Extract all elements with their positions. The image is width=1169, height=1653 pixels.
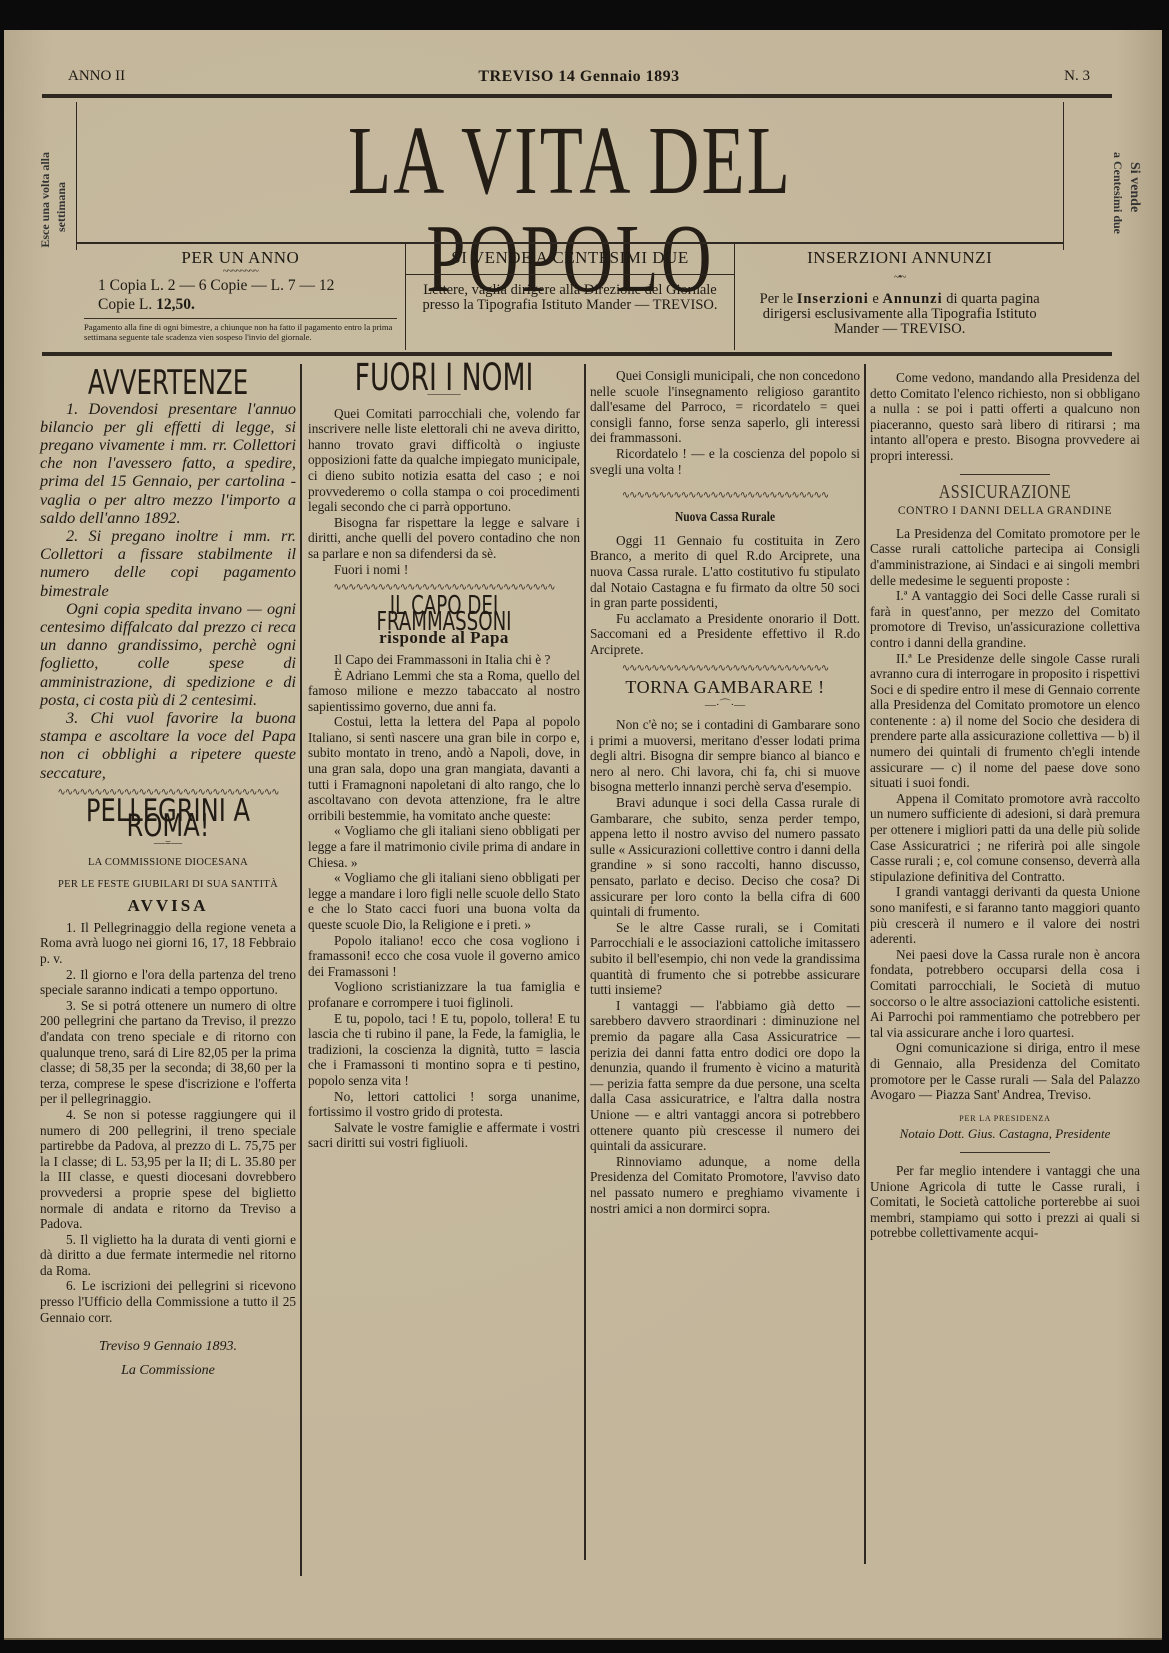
- column-1: AVVERTENZE 1. Dovendosi presentare l'ann…: [40, 370, 296, 1386]
- dateline: ANNO II TREVISO 14 Gennaio 1893 N. 3: [68, 68, 1090, 88]
- paragraph: 2. Si pregano inoltre i mm. rr. Colletto…: [40, 527, 296, 600]
- side-note-right: Si vende a Centesimi due: [1104, 122, 1148, 322]
- side-note-right-line1: Si vende: [1126, 162, 1142, 212]
- sale-body: Lettere, vaglia dirigere alla Direzione …: [414, 283, 727, 313]
- paragraph: I.ª A vantaggio dei Soci delle Casse rur…: [870, 588, 1140, 650]
- subscription-box: PER UN ANNO ~~~~~~~~ 1 Copia L. 2 — 6 Co…: [76, 244, 405, 350]
- torna-heading: TORNA GAMBARARE !: [590, 680, 860, 696]
- signature: La Commissione: [40, 1363, 296, 1379]
- paragraph: La Presidenza del Comitato promotore per…: [870, 526, 1140, 588]
- paragraph: Quei Comitati parrocchiali che, volendo …: [308, 406, 580, 515]
- capo-body: Il Capo dei Frammassoni in Italia chi è …: [308, 652, 580, 1151]
- side-note-left-line2: settimana: [54, 182, 69, 232]
- paragraph: II.ª Le Presidenze delle singole Casse r…: [870, 651, 1140, 791]
- ornament: ~~~~~~~~: [84, 268, 397, 276]
- column-2: FUORI I NOMI ——— Quei Comitati parrocchi…: [308, 370, 580, 1151]
- column-rule: [300, 364, 302, 1576]
- avvertenze-heading: AVVERTENZE: [76, 376, 260, 392]
- ornament: ~•~: [743, 274, 1056, 282]
- paragraph: Non c'è no; se i contadini di Gambarare …: [590, 717, 860, 795]
- column-4: Come vedono, mandando alla Presidenza de…: [870, 370, 1140, 1241]
- list-item: 3. Se si potrá ottenere un numero di olt…: [40, 998, 296, 1107]
- list-item: 1. Il Pellegrinaggio della regione venet…: [40, 920, 296, 967]
- paragraph: Vogliono scristianizzare la tua famiglia…: [308, 979, 580, 1010]
- assicurazione-body: La Presidenza del Comitato promotore per…: [870, 526, 1140, 1103]
- issue-number: N. 3: [1064, 68, 1090, 85]
- come-body: Come vedono, mandando alla Presidenza de…: [870, 370, 1140, 464]
- paragraph: Ricordatelo ! — e la coscienza del popol…: [590, 446, 860, 477]
- nuova-cassa-heading: Nuova Cassa Rurale: [610, 509, 840, 525]
- paragraph: E tu, popolo, taci ! E tu, popolo, tolle…: [308, 1011, 580, 1089]
- subscription-heading: PER UN ANNO: [84, 248, 397, 268]
- newspaper-page: ANNO II TREVISO 14 Gennaio 1893 N. 3 Esc…: [4, 30, 1162, 1640]
- payment-note: Pagamento alla fine di ogni bimestre, a …: [84, 318, 397, 342]
- paragraph: Popolo italiano! ecco che cosa vogliono …: [308, 933, 580, 980]
- place-date: Treviso 9 Gennaio 1893.: [40, 1339, 296, 1355]
- side-note-left: Esce una volta alla settimana: [34, 122, 78, 322]
- paragraph: I vantaggi — l'abbiamo già detto — sareb…: [590, 998, 860, 1154]
- paragraph: No, lettori cattolici ! sorga unanime, f…: [308, 1089, 580, 1120]
- masthead-bottom-rule: [42, 352, 1112, 356]
- paragraph: Il Capo dei Frammassoni in Italia chi è …: [308, 652, 580, 668]
- paragraph: Salvate le vostre famiglie e affermate i…: [308, 1120, 580, 1151]
- signatory: Notaio Dott. Gius. Castagna, Presidente: [870, 1126, 1140, 1142]
- column-rule: [864, 364, 866, 1564]
- masthead: LA VITA DEL POPOLO: [76, 102, 1064, 250]
- assicurazione-subheading: CONTRO I DANNI DELLA GRANDINE: [870, 504, 1140, 520]
- paragraph: Ogni comunicazione si diriga, entro il m…: [870, 1040, 1140, 1102]
- list-item: 6. Le iscrizioni dei pellegrini si ricev…: [40, 1278, 296, 1325]
- paragraph: Per far meglio intendere i vantaggi che …: [870, 1163, 1140, 1241]
- paragraph: Quei Consigli municipali, che non conced…: [590, 368, 860, 446]
- paragraph: Rinnoviamo adunque, a nome della Preside…: [590, 1154, 860, 1216]
- price-line: Copie L. 12,50.: [98, 295, 397, 314]
- top-rule: [42, 94, 1112, 98]
- pellegrini-body: 1. Il Pellegrinaggio della regione venet…: [40, 920, 296, 1325]
- paragraph: Nei paesi dove la Cassa rurale non è anc…: [870, 947, 1140, 1041]
- per-la-presidenza: PER LA PRESIDENZA: [870, 1111, 1140, 1127]
- price-line: 1 Copia L. 2 — 6 Copie — L. 7 — 12: [98, 276, 397, 295]
- list-item: 5. Il viglietto ha la durata di venti gi…: [40, 1232, 296, 1279]
- paragraph: Bravi adunque i soci della Cassa rurale …: [590, 795, 860, 920]
- side-note-left-line1: Esce una volta alla: [38, 152, 53, 248]
- wavy-divider: ∿∿∿∿∿∿∿∿∿∿∿∿∿∿∿∿∿∿∿∿∿∿∿∿∿∿∿∿: [590, 491, 860, 501]
- capo-heading: IL CAPO DEI FRAMMASSONI: [349, 599, 539, 630]
- avvisa-heading: AVVISA: [40, 898, 296, 914]
- paragraph: Fu acclamato a Presidente onorario il Do…: [590, 611, 860, 658]
- list-item: 2. Il giorno e l'ora della partenza del …: [40, 967, 296, 998]
- column-rule: [584, 364, 586, 1560]
- paragraph: « Vogliamo che gli italiani sieno obblig…: [308, 870, 580, 932]
- paragraph: Costui, letta la lettera del Papa al pop…: [308, 714, 580, 823]
- avvertenze-body: 1. Dovendosi presentare l'annuo bilancio…: [40, 400, 296, 782]
- paragraph: Ogni copia spedita invano — ogni centesi…: [40, 600, 296, 709]
- side-note-right-line2: a Centesimi due: [1110, 152, 1125, 234]
- paragraph: « Vogliamo che gli italiani sieno obblig…: [308, 823, 580, 870]
- divider: [406, 274, 735, 275]
- paragraph: Appena il Comitato promotore avrà raccol…: [870, 791, 1140, 885]
- ads-heading: INSERZIONI ANNUNZI: [743, 248, 1056, 268]
- paragraph: 3. Chi vuol favorire la buona stampa e a…: [40, 709, 296, 782]
- assicurazione-heading: ASSICURAZIONE: [897, 485, 1113, 501]
- list-item: 4. Se non si potesse raggiungere qui il …: [40, 1107, 296, 1232]
- ads-body: Per le Inserzioni e Annunzi di quarta pa…: [743, 292, 1056, 337]
- consigli-body: Quei Consigli municipali, che non conced…: [590, 368, 860, 477]
- paragraph: È Adriano Lemmi che sta a Roma, quello d…: [308, 668, 580, 715]
- issue-date: TREVISO 14 Gennaio 1893: [68, 68, 1090, 86]
- column-3: Quei Consigli municipali, che non conced…: [590, 368, 860, 1216]
- ornament: —·⌒·—: [590, 699, 860, 711]
- paragraph: Fuori i nomi !: [308, 562, 580, 578]
- divider: [960, 1152, 1050, 1153]
- paragraph: Se le altre Casse rurali, se i Comitati …: [590, 920, 860, 998]
- per-far-body: Per far meglio intendere i vantaggi che …: [870, 1163, 1140, 1241]
- paragraph: 1. Dovendosi presentare l'annuo bilancio…: [40, 400, 296, 527]
- wavy-divider: ∿∿∿∿∿∿∿∿∿∿∿∿∿∿∿∿∿∿∿∿∿∿∿∿∿∿∿∿: [590, 664, 860, 674]
- paragraph: Bisogna far rispettare la legge e salvar…: [308, 515, 580, 562]
- paragraph: I grandi vantaggi derivanti da questa Un…: [870, 884, 1140, 946]
- sale-heading: SI VENDE A CENTESIMI DUE: [414, 248, 727, 268]
- pellegrini-heading: PELLEGRINI A ROMA!: [68, 804, 268, 835]
- paragraph: Come vedono, mandando alla Presidenza de…: [870, 370, 1140, 464]
- fuori-heading: FUORI I NOMI: [346, 370, 542, 386]
- nuova-cassa-body: Oggi 11 Gennaio fu costituita in Zero Br…: [590, 533, 860, 658]
- fuori-body: Quei Comitati parrocchiali che, volendo …: [308, 406, 580, 578]
- sale-box: SI VENDE A CENTESIMI DUE Lettere, vaglia…: [405, 244, 735, 350]
- paragraph: Oggi 11 Gennaio fu costituita in Zero Br…: [590, 533, 860, 611]
- torna-body: Non c'è no; se i contadini di Gambarare …: [590, 717, 860, 1216]
- feste-label: PER LE FESTE GIUBILARI DI SUA SANTITÀ: [40, 877, 296, 893]
- commission-label: LA COMMISSIONE DIOCESANA: [40, 855, 296, 871]
- info-row: PER UN ANNO ~~~~~~~~ 1 Copia L. 2 — 6 Co…: [76, 242, 1064, 350]
- subscription-prices: 1 Copia L. 2 — 6 Copie — L. 7 — 12 Copie…: [84, 276, 397, 314]
- divider: [960, 474, 1050, 475]
- ads-box: INSERZIONI ANNUNZI ~•~ Per le Inserzioni…: [734, 244, 1064, 350]
